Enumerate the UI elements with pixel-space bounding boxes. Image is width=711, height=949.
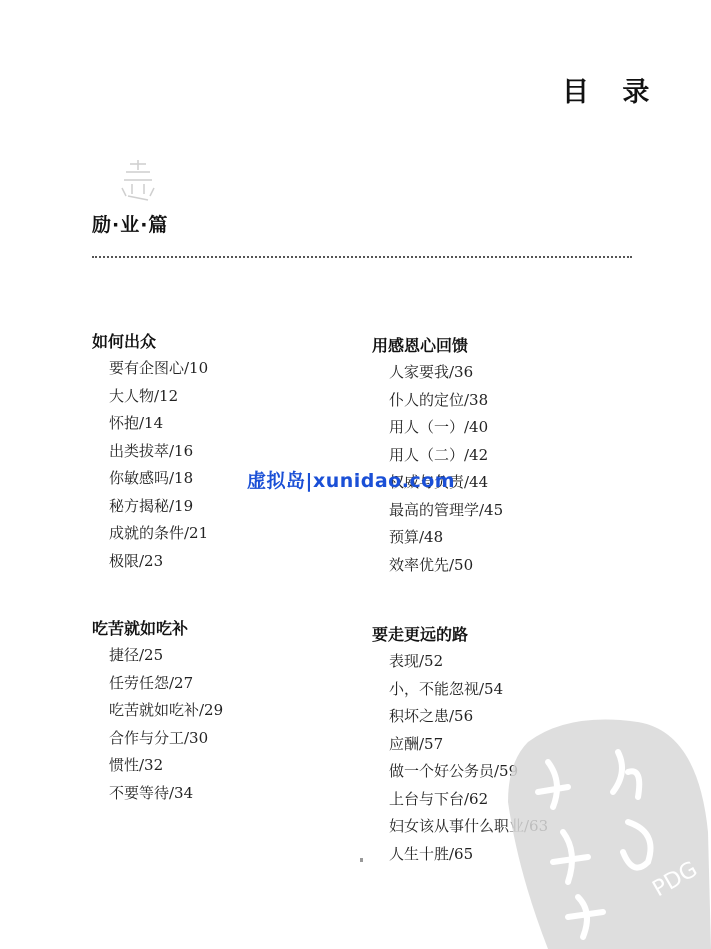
toc-entry[interactable]: 表现/52 <box>372 650 548 678</box>
part-title: 励·业·篇 <box>92 210 168 237</box>
toc-entry[interactable]: 秘方揭秘/19 <box>92 495 223 523</box>
toc-entry[interactable]: 要有企图心/10 <box>92 357 223 385</box>
toc-entry[interactable]: 你敏感吗/18 <box>92 467 223 495</box>
toc-entry[interactable]: 惯性/32 <box>92 754 223 782</box>
toc-entry[interactable]: 合作与分工/30 <box>92 727 223 755</box>
toc-column-left: 如何出众 要有企图心/10 大人物/12 怀抱/14 出类拔萃/16 你敏感吗/… <box>92 331 223 809</box>
toc-entry[interactable]: 仆人的定位/38 <box>372 389 548 417</box>
toc-section: 用感恩心回馈 人家要我/36 仆人的定位/38 用人（一）/40 用人（二）/4… <box>372 335 548 581</box>
toc-entry[interactable]: 小，不能忽视/54 <box>372 678 548 706</box>
section-title: 用感恩心回馈 <box>372 335 548 361</box>
toc-entry[interactable]: 最高的管理学/45 <box>372 499 548 527</box>
scan-speck <box>360 858 363 862</box>
toc-entry[interactable]: 人家要我/36 <box>372 361 548 389</box>
toc-section: 如何出众 要有企图心/10 大人物/12 怀抱/14 出类拔萃/16 你敏感吗/… <box>92 331 223 577</box>
toc-entry[interactable]: 出类拔萃/16 <box>92 440 223 468</box>
pdg-seal-watermark-icon: PDG <box>508 712 711 949</box>
toc-entry[interactable]: 用人（一）/40 <box>372 416 548 444</box>
toc-entry[interactable]: 怀抱/14 <box>92 412 223 440</box>
watermark-text: 虚拟岛|xunidao.com <box>247 466 455 493</box>
toc-entry[interactable]: 效率优先/50 <box>372 554 548 582</box>
toc-entry[interactable]: 捷径/25 <box>92 644 223 672</box>
toc-entry[interactable]: 任劳任怨/27 <box>92 672 223 700</box>
toc-entry[interactable]: 大人物/12 <box>92 385 223 413</box>
section-title: 吃苦就如吃补 <box>92 618 223 644</box>
toc-entry[interactable]: 极限/23 <box>92 550 223 578</box>
toc-entry[interactable]: 吃苦就如吃补/29 <box>92 699 223 727</box>
toc-entry[interactable]: 成就的条件/21 <box>92 522 223 550</box>
section-title: 要走更远的路 <box>372 624 548 650</box>
toc-entry[interactable]: 预算/48 <box>372 526 548 554</box>
toc-section: 吃苦就如吃补 捷径/25 任劳任怨/27 吃苦就如吃补/29 合作与分工/30 … <box>92 618 223 809</box>
toc-entry[interactable]: 不要等待/34 <box>92 782 223 810</box>
dotted-divider <box>92 256 632 258</box>
decorative-ornament-icon <box>118 158 158 202</box>
section-title: 如何出众 <box>92 331 223 357</box>
page-title: 目 录 <box>562 70 661 109</box>
